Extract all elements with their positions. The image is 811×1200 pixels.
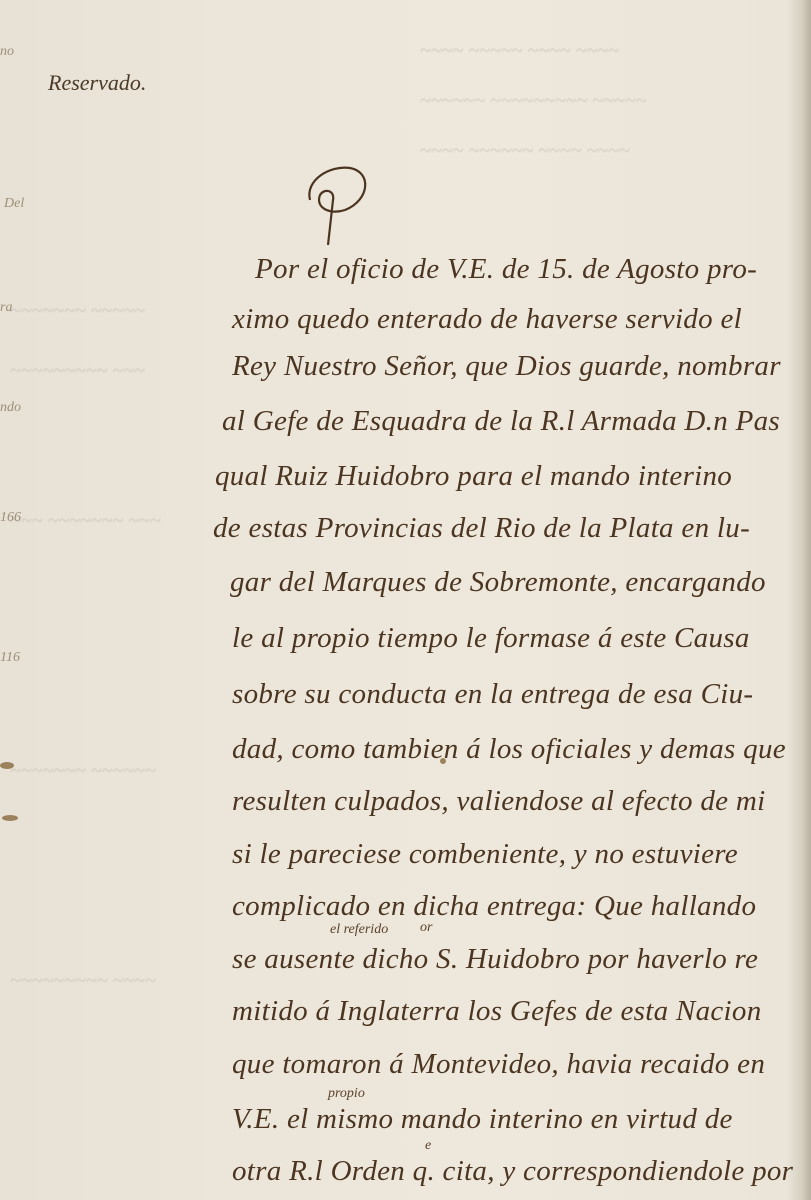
manuscript-line: que tomaron á Montevideo, havia recaido … (232, 1048, 765, 1081)
bleed-through-text: ~~~~~~ ~~~~~~~~~ ~~~~~ (420, 90, 646, 113)
manuscript-line: sobre su conducta en la entrega de esa C… (232, 678, 753, 711)
manuscript-line: Por el oficio de V.E. de 15. de Agosto p… (255, 253, 757, 286)
bleed-through-text: ~~~~ ~~~~~~ ~~~~ ~~~~ (420, 140, 630, 163)
manuscript-line: gar del Marques de Sobremonte, encargand… (230, 566, 766, 599)
bleed-through-text: ~~~~~~~ ~~~~~ (10, 300, 145, 323)
margin-fragment: ndo (0, 400, 21, 416)
manuscript-line: Rey Nuestro Señor, que Dios guarde, nomb… (232, 350, 781, 383)
interlinear-insertion: el referido (330, 922, 388, 938)
manuscript-line: qual Ruiz Huidobro para el mando interin… (215, 460, 732, 493)
manuscript-page: ~~~~ ~~~~~ ~~~~ ~~~~ ~~~~~~ ~~~~~~~~~ ~~… (0, 0, 811, 1200)
interlinear-note: or (420, 920, 432, 936)
manuscript-line: le al propio tiempo le formase á este Ca… (232, 622, 750, 655)
bleed-through-text: ~~~~ ~~~~~ ~~~~ ~~~~ (420, 40, 619, 63)
interlinear-insertion: propio (328, 1086, 365, 1102)
manuscript-line: dad, como tambien á los oficiales y dema… (232, 733, 786, 766)
manuscript-line: V.E. el mismo mando interino en virtud d… (232, 1103, 733, 1136)
ornamental-initial-p-icon (300, 160, 380, 250)
manuscript-line: resulten culpados, valiendose al efecto … (232, 785, 766, 818)
manuscript-line: mitido á Inglaterra los Gefes de esta Na… (232, 995, 762, 1028)
manuscript-line: al Gefe de Esquadra de la R.l Armada D.n… (222, 405, 780, 438)
bleed-through-text: ~~~~~~~ ~~~~~~ (10, 760, 156, 783)
ink-spot (2, 815, 18, 821)
ink-spot (0, 762, 14, 769)
margin-fragment: ra (0, 300, 12, 316)
manuscript-line: si le pareciese combeniente, y no estuvi… (232, 838, 738, 871)
bleed-through-text: ~~~~~~~~~ ~~~ (10, 360, 145, 383)
interlinear-insertion: e (425, 1138, 431, 1154)
reservado-note: Reservado. (48, 70, 146, 96)
margin-fragment: 116 (0, 650, 20, 666)
manuscript-line: otra R.l Orden q. cita, y correspondiend… (232, 1155, 793, 1188)
manuscript-line: se ausente dicho S. Huidobro por haverlo… (232, 943, 758, 976)
page-edge (801, 0, 811, 1200)
margin-fragment: 166 (0, 510, 21, 526)
manuscript-line: de estas Provincias del Rio de la Plata … (213, 512, 750, 545)
manuscript-line: complicado en dicha entrega: Que halland… (232, 890, 756, 923)
margin-fragment: no (0, 44, 14, 60)
margin-fragment: Del (4, 196, 24, 212)
manuscript-line: ximo quedo enterado de haverse servido e… (232, 303, 742, 336)
bleed-through-text: ~~~~~~~~~ ~~~~ (10, 970, 156, 993)
bleed-through-text: ~~~ ~~~~~~~ ~~~ (10, 510, 161, 533)
